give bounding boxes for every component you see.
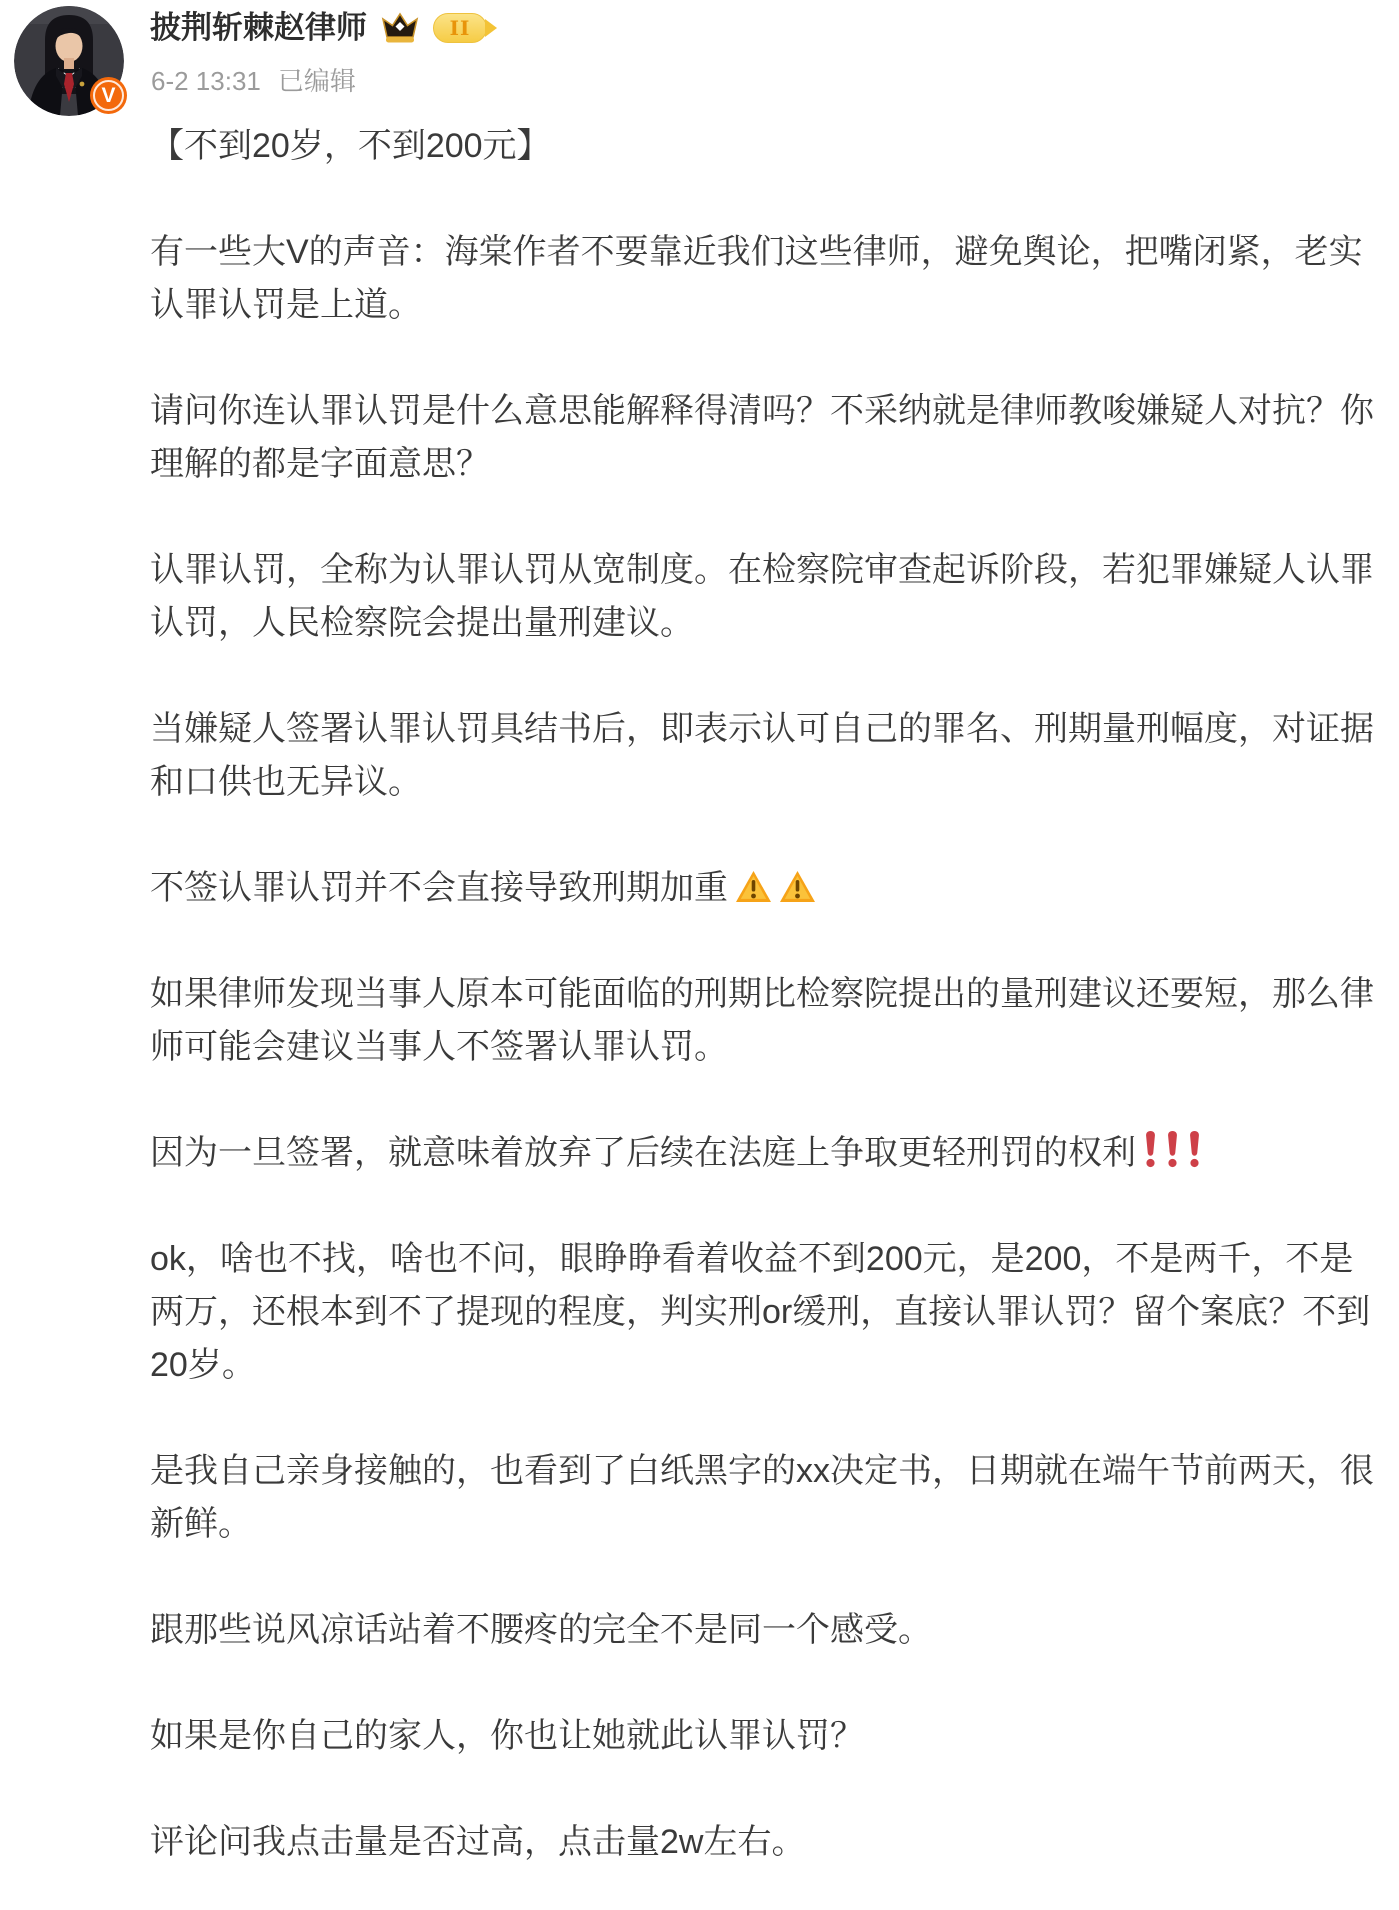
vip-level-badge[interactable]: II	[433, 13, 487, 43]
red-exclamation-icon	[1143, 1130, 1158, 1168]
verified-letter: V	[101, 84, 115, 108]
paragraph-text: 认罪认罚，全称为认罪认罚从宽制度。在检察院审查起诉阶段，若犯罪嫌疑人认罪认罚，人…	[150, 551, 1374, 642]
post-paragraph: 请问你连认罪认罚是什么意思能解释得清吗？不采纳就是律师教唆嫌疑人对抗？你理解的都…	[150, 385, 1382, 491]
paragraph-text: 不签认罪认罚并不会直接导致刑期加重	[150, 869, 728, 907]
post-body: 【不到20岁，不到200元】 有一些大V的声音：海棠作者不要靠近我们这些律师，避…	[150, 120, 1382, 1869]
paragraph-text: 有一些大V的声音：海棠作者不要靠近我们这些律师，避免舆论，把嘴闭紧，老实认罪认罚…	[150, 233, 1363, 324]
paragraph-text: 是我自己亲身接触的，也看到了白纸黑字的xx决定书，日期就在端午节前两天，很新鲜。	[150, 1452, 1374, 1543]
verified-v-icon: V	[90, 77, 127, 114]
post-paragraph: 当嫌疑人签署认罪认罚具结书后，即表示认可自己的罪名、刑期量刑幅度，对证据和口供也…	[150, 703, 1382, 809]
post-paragraph: 有一些大V的声音：海棠作者不要靠近我们这些律师，避免舆论，把嘴闭紧，老实认罪认罚…	[150, 226, 1382, 332]
edited-label: 已编辑	[278, 64, 356, 98]
warning-icon	[735, 870, 772, 903]
paragraph-text: 跟那些说风凉话站着不腰疼的完全不是同一个感受。	[150, 1611, 932, 1649]
vip-level-numeral: II	[450, 18, 471, 38]
post-title: 【不到20岁，不到200元】	[150, 120, 1382, 173]
red-exclamation-icon	[1187, 1130, 1202, 1168]
post-paragraphs: 有一些大V的声音：海棠作者不要靠近我们这些律师，避免舆论，把嘴闭紧，老实认罪认罚…	[150, 226, 1382, 1869]
membership-crown-icon[interactable]	[379, 10, 421, 46]
post-meta-row: 6-2 13:31 已编辑	[151, 64, 356, 98]
paragraph-text: 如果律师发现当事人原本可能面临的刑期比检察院提出的量刑建议还要短，那么律师可能会…	[150, 975, 1374, 1066]
paragraph-text: 评论问我点击量是否过高，点击量2w左右。	[150, 1823, 805, 1861]
paragraph-text: 如果是你自己的家人，你也让她就此认罪认罚？	[150, 1717, 864, 1755]
paragraph-text: 当嫌疑人签署认罪认罚具结书后，即表示认可自己的罪名、刑期量刑幅度，对证据和口供也…	[150, 710, 1374, 801]
weibo-post-page: V 披荆斩棘赵律师 II 6-2 13:31 已编辑 【不到20岁，不到200元…	[0, 0, 1399, 1910]
paragraph-text: 因为一旦签署，就意味着放弃了后续在法庭上争取更轻刑罚的权利	[150, 1134, 1136, 1172]
post-paragraph: 评论问我点击量是否过高，点击量2w左右。	[150, 1816, 1382, 1869]
username-row: 披荆斩棘赵律师 II	[150, 8, 499, 48]
post-timestamp: 6-2 13:31	[151, 64, 261, 98]
paragraph-text: ok，啥也不找，啥也不问，眼睁睁看着收益不到200元，是200，不是两千，不是两…	[150, 1240, 1370, 1384]
post-paragraph: 认罪认罚，全称为认罪认罚从宽制度。在检察院审查起诉阶段，若犯罪嫌疑人认罪认罚，人…	[150, 544, 1382, 650]
paragraph-text: 请问你连认罪认罚是什么意思能解释得清吗？不采纳就是律师教唆嫌疑人对抗？你理解的都…	[150, 392, 1374, 483]
post-paragraph: ok，啥也不找，啥也不问，眼睁睁看着收益不到200元，是200，不是两千，不是两…	[150, 1233, 1382, 1392]
username[interactable]: 披荆斩棘赵律师	[150, 8, 367, 48]
warning-icon	[779, 870, 816, 903]
post-paragraph: 如果是你自己的家人，你也让她就此认罪认罚？	[150, 1710, 1382, 1763]
post-paragraph: 是我自己亲身接触的，也看到了白纸黑字的xx决定书，日期就在端午节前两天，很新鲜。	[150, 1445, 1382, 1551]
post-paragraph: 因为一旦签署，就意味着放弃了后续在法庭上争取更轻刑罚的权利	[150, 1127, 1382, 1180]
red-exclamation-icon	[1165, 1130, 1180, 1168]
post-paragraph: 不签认罪认罚并不会直接导致刑期加重	[150, 862, 1382, 915]
post-paragraph: 如果律师发现当事人原本可能面临的刑期比检察院提出的量刑建议还要短，那么律师可能会…	[150, 968, 1382, 1074]
avatar[interactable]: V	[14, 6, 124, 116]
post-paragraph: 跟那些说风凉话站着不腰疼的完全不是同一个感受。	[150, 1604, 1382, 1657]
